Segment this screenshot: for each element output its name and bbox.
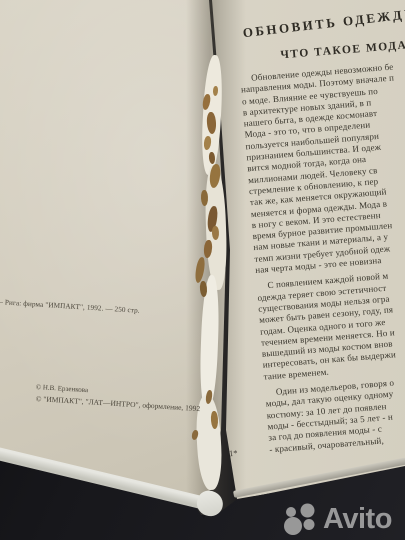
chapter-title: ОБНОВИТЬ ОДЕЖДУ — (242, 1, 405, 41)
paragraph: Обновление одежды невозможно бенаправлен… (240, 58, 405, 277)
book-photo: — Рига: фирма "ИМПАКТ", 1992. — 250 стр.… (0, 0, 405, 540)
section-title: ЧТО ТАКОЕ МОДА (280, 35, 405, 61)
paragraph: С появлением каждой новой модежда теряет… (256, 265, 405, 382)
avito-dots-icon (282, 502, 318, 536)
signature-mark: 1* (229, 448, 238, 459)
avito-watermark: Avito (282, 502, 392, 536)
avito-watermark-text: Avito (323, 502, 392, 536)
paragraph: Один из модельеров, говоря омоды, дал та… (265, 372, 405, 456)
